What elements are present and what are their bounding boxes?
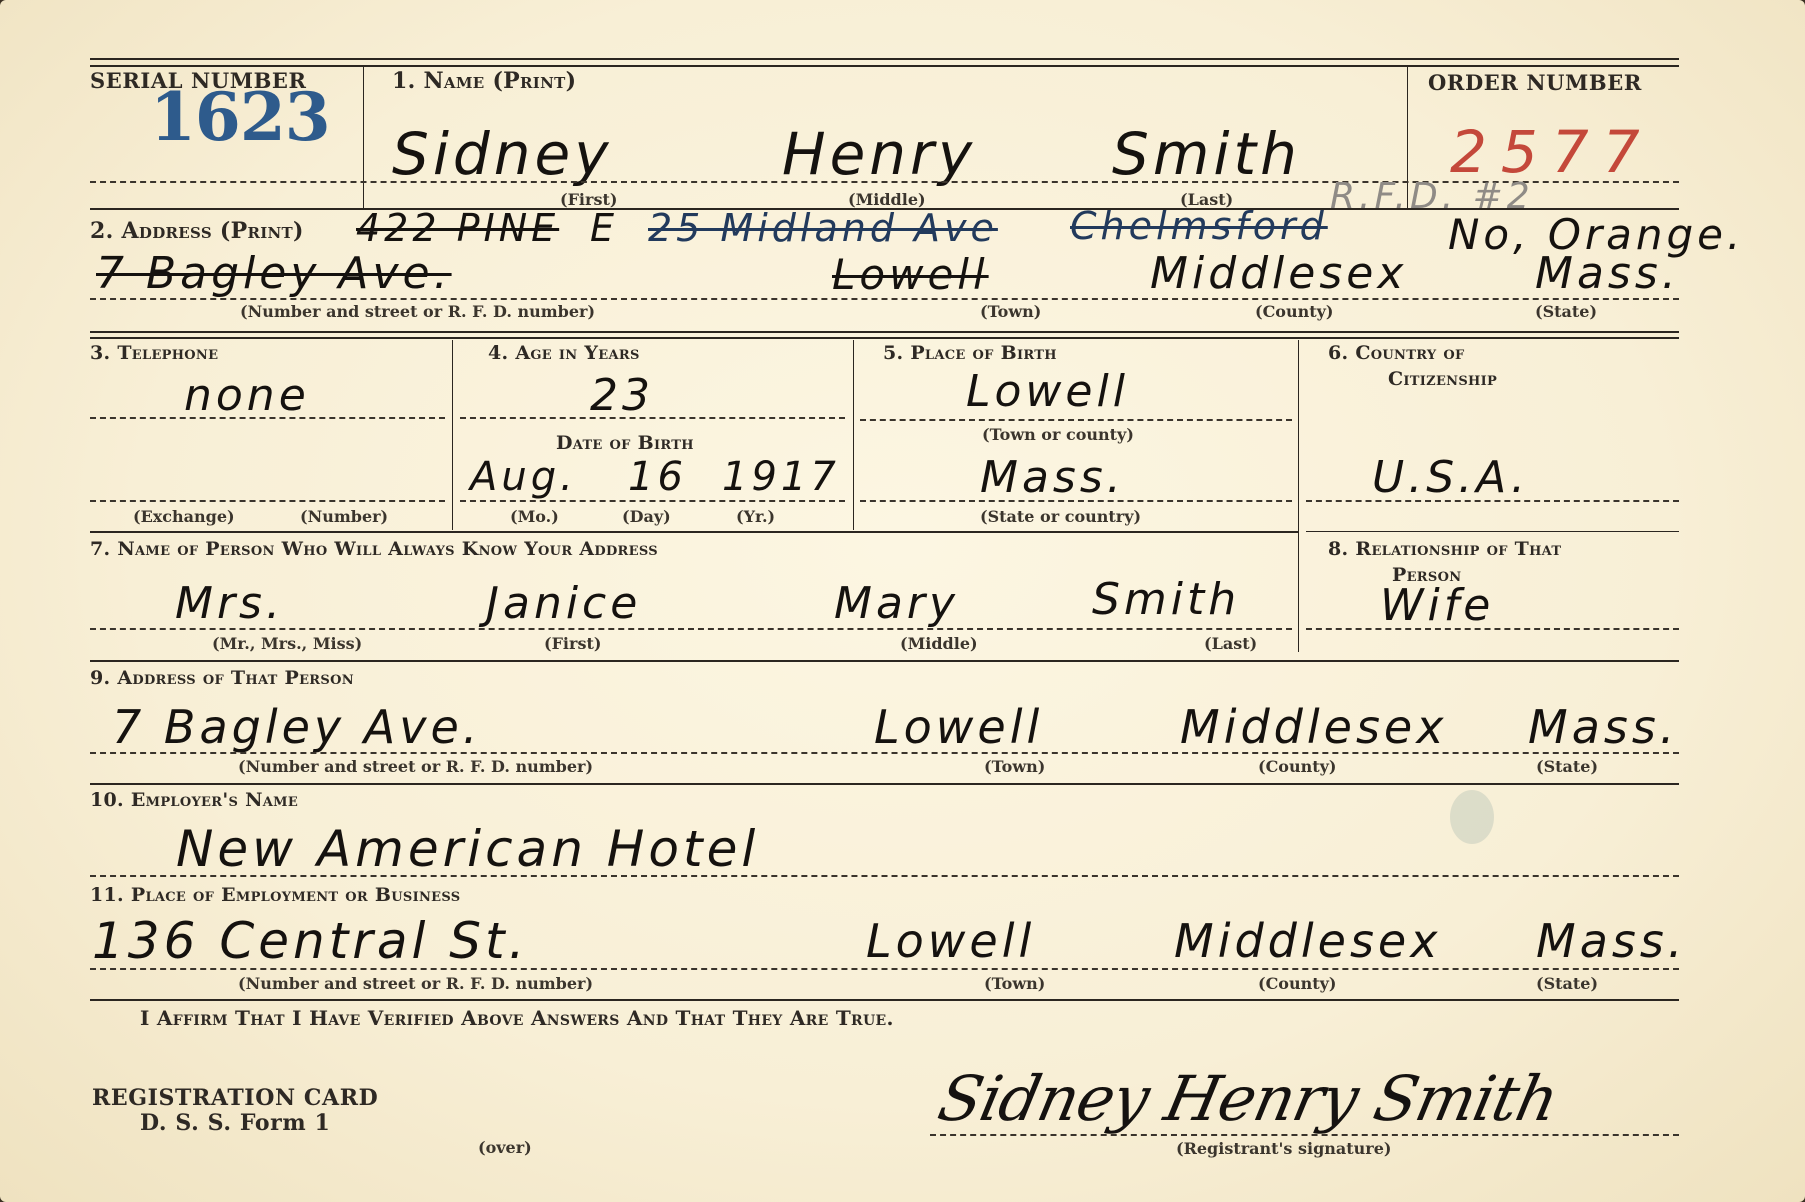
contact-address-label: 9. Address of That Person	[90, 667, 354, 689]
over-text: (over)	[478, 1138, 532, 1157]
employment-label: 11. Place of Employment or Business	[90, 884, 460, 906]
citizen-bottom-rule	[1306, 531, 1679, 532]
address-state: Mass.	[1535, 248, 1680, 299]
signature-label: (Registrant's signature)	[1176, 1139, 1391, 1158]
registration-card: SERIAL NUMBER 1623 1. Name (Print) Sidne…	[0, 0, 1805, 1202]
top-rule	[90, 58, 1679, 60]
employment-dashed	[90, 968, 1679, 970]
address-county: Middlesex	[1150, 248, 1407, 299]
relationship-dashed	[1306, 628, 1679, 630]
contact-address-street: 7 Bagley Ave.	[112, 700, 481, 754]
employment-town: Lowell	[866, 914, 1035, 968]
birthplace-state: Mass.	[980, 452, 1125, 503]
row9-bottom-rule	[90, 783, 1679, 785]
mo-label: (Mo.)	[510, 507, 559, 526]
telephone-label: 3. Telephone	[90, 342, 218, 364]
address-label: 2. Address (Print)	[90, 218, 304, 244]
row3-bottom-rule	[90, 531, 1298, 533]
address-county-label: (County)	[1255, 302, 1334, 321]
age-value: 23	[590, 370, 654, 421]
contact-label: 7. Name of Person Who Will Always Know Y…	[90, 538, 658, 560]
birthplace-state-dashed	[860, 500, 1292, 502]
birthplace-label: 5. Place of Birth	[883, 342, 1057, 364]
number-label: (Number)	[300, 507, 388, 526]
citizenship-label-1: 6. Country of	[1328, 342, 1465, 364]
contact-address-state: Mass.	[1528, 700, 1678, 754]
registrant-signature: Sidney Henry Smith	[932, 1062, 1564, 1135]
address-town-struck: Lowell	[832, 250, 989, 299]
address-bottom-rule	[90, 331, 1679, 333]
employment-state: Mass.	[1536, 914, 1686, 968]
contact-middle: Mary	[834, 578, 959, 629]
address-street-label: (Number and street or R. F. D. number)	[240, 302, 595, 321]
order-number-label: ORDER NUMBER	[1428, 70, 1642, 95]
telephone-dashed	[90, 417, 445, 419]
relationship-value: Wife	[1380, 580, 1494, 631]
name-first: Sidney	[392, 120, 613, 188]
birthplace-dashed	[860, 419, 1292, 421]
birthplace-town: Lowell	[966, 366, 1129, 417]
contact-first: Janice	[486, 578, 641, 629]
exchange-label: (Exchange)	[133, 507, 235, 526]
address-bottom-rule-2	[90, 337, 1679, 339]
contact-address-dashed	[90, 752, 1679, 754]
citizenship-label-2: Citizenship	[1388, 368, 1497, 390]
contact-county-label: (County)	[1258, 757, 1337, 776]
telephone-dashed-2	[90, 500, 445, 502]
address-town-label: (Town)	[980, 302, 1041, 321]
employment-town-label: (Town)	[984, 974, 1045, 993]
serial-number-value: 1623	[150, 78, 330, 156]
employment-county: Middlesex	[1174, 914, 1441, 968]
row7-bottom-rule	[90, 660, 1679, 662]
contact-last: Smith	[1092, 574, 1240, 625]
contact-title-label: (Mr., Mrs., Miss)	[212, 634, 362, 653]
address-struck-old-2: 25 Midland Ave	[648, 206, 998, 250]
age-birth-divider	[853, 340, 854, 530]
citizenship-value: U.S.A.	[1372, 452, 1529, 503]
employment-bottom-rule	[90, 999, 1679, 1001]
address-struck-old-3: Chelmsford	[1070, 204, 1328, 248]
address-dashed-line	[90, 298, 1679, 300]
dob-day: 16	[628, 454, 687, 500]
contact-first-label: (First)	[544, 634, 601, 653]
paper-stain	[1450, 790, 1494, 844]
form-id: D. S. S. Form 1	[140, 1110, 330, 1136]
tel-age-divider	[452, 340, 453, 530]
birthplace-town-label: (Town or county)	[982, 425, 1134, 444]
top-rule-2	[90, 65, 1679, 67]
dob-year: 1917	[722, 454, 840, 500]
contact-address-town: Lowell	[874, 700, 1043, 754]
day-label: (Day)	[622, 507, 671, 526]
address-struck-old-1: 422 PINE	[356, 206, 559, 250]
dob-dashed	[460, 500, 845, 502]
age-label: 4. Age in Years	[488, 342, 640, 364]
address-letter-e: E	[590, 206, 618, 250]
birthplace-state-label: (State or country)	[980, 507, 1141, 526]
registration-card-title: REGISTRATION CARD	[92, 1085, 378, 1111]
employer-dashed	[90, 875, 1679, 877]
contact-state-label: (State)	[1536, 757, 1598, 776]
contact-dashed	[90, 628, 1292, 630]
dob-label: Date of Birth	[556, 432, 694, 454]
contact-address-county: Middlesex	[1180, 700, 1447, 754]
dob-month: Aug.	[470, 454, 577, 500]
serial-divider	[363, 66, 364, 208]
employer-value: New American Hotel	[176, 820, 759, 878]
age-dashed	[460, 417, 845, 419]
name-middle: Henry	[782, 120, 976, 188]
name-label: 1. Name (Print)	[392, 68, 576, 94]
contact-town-label: (Town)	[984, 757, 1045, 776]
contact-street-label: (Number and street or R. F. D. number)	[238, 757, 593, 776]
contact-last-label: (Last)	[1204, 634, 1257, 653]
signature-dashed	[930, 1134, 1679, 1136]
telephone-value: none	[184, 370, 310, 421]
birth-citizen-divider	[1298, 340, 1299, 652]
employment-street: 136 Central St.	[92, 912, 529, 970]
employment-state-label: (State)	[1536, 974, 1598, 993]
employment-county-label: (County)	[1258, 974, 1337, 993]
contact-middle-label: (Middle)	[900, 634, 978, 653]
yr-label: (Yr.)	[736, 507, 775, 526]
contact-title: Mrs.	[175, 578, 284, 629]
name-last: Smith	[1112, 120, 1301, 188]
affirmation-text: I Affirm That I Have Verified Above Answ…	[140, 1006, 894, 1030]
citizenship-dashed	[1306, 500, 1679, 502]
address-street-struck: 7 Bagley Ave.	[96, 248, 452, 299]
employment-street-label: (Number and street or R. F. D. number)	[238, 974, 593, 993]
employer-label: 10. Employer's Name	[90, 789, 298, 811]
relationship-label-1: 8. Relationship of That	[1328, 538, 1561, 560]
address-state-label: (State)	[1535, 302, 1597, 321]
